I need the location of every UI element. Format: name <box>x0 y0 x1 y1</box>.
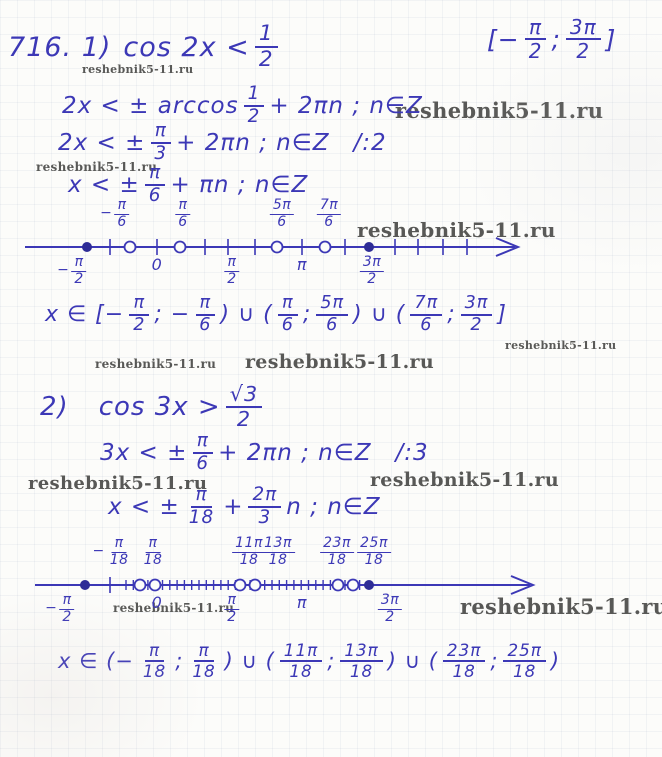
axis-label: 0 <box>152 593 163 612</box>
axis-label: 0 <box>152 255 163 274</box>
fraction-numerator: π <box>225 255 240 272</box>
axis-label: π <box>297 255 307 274</box>
fraction-denominator: 18 <box>266 553 291 569</box>
numberline-2: −π18π1811π1813π1823π1825π18−π20π2π3π2 <box>20 536 565 644</box>
minus-sign: − <box>57 263 69 279</box>
fraction-denominator: 2 <box>224 610 239 626</box>
open-point-5π/6 <box>272 242 283 253</box>
axis-label-fraction: −π6 <box>100 198 130 230</box>
axis-label-fraction: 25π18 <box>357 536 391 568</box>
axis-label-fraction: π2 <box>224 255 239 287</box>
axis-label-fraction: −π18 <box>92 536 131 568</box>
open-point-13π/18 <box>250 580 261 591</box>
fraction-numerator: 23π <box>320 536 354 553</box>
fraction-denominator: 2 <box>224 272 239 288</box>
open-point-7π/6 <box>320 242 331 253</box>
axis-label-fraction: 3π2 <box>360 255 384 287</box>
fraction-numerator: π <box>60 593 75 610</box>
fraction-denominator: 6 <box>175 215 190 231</box>
fraction-denominator: 2 <box>382 610 397 626</box>
open-point-π/6 <box>175 242 186 253</box>
fraction-numerator: π <box>225 593 240 610</box>
fraction-numerator: 25π <box>357 536 391 553</box>
filled-point--π/2 <box>83 243 92 252</box>
fraction-denominator: 18 <box>141 553 166 569</box>
filled-point-3π/2 <box>365 581 374 590</box>
fraction-denominator: 2 <box>364 272 379 288</box>
axis-label-fraction: 13π18 <box>261 536 295 568</box>
fraction-denominator: 2 <box>71 272 86 288</box>
notebook-page: reshebnik5-11.rureshebnik5-11.rureshebni… <box>0 0 662 757</box>
open-point-π/18 <box>150 580 161 591</box>
open-point-23π/18 <box>333 580 344 591</box>
fraction-numerator: 3π <box>360 255 384 272</box>
fraction-denominator: 2 <box>59 610 74 626</box>
axis-label-fraction: 5π6 <box>270 198 294 230</box>
axis-label-fraction: 7π6 <box>317 198 341 230</box>
fraction-numerator: 7π <box>317 198 341 215</box>
axis-label-fraction: 3π2 <box>378 593 402 625</box>
fraction-numerator: π <box>115 198 130 215</box>
filled-point-3π/2 <box>365 243 374 252</box>
fraction-denominator: 6 <box>114 215 129 231</box>
axis-label-fraction: π18 <box>141 536 166 568</box>
axis-label: π <box>297 593 307 612</box>
fraction-denominator: 6 <box>274 215 289 231</box>
fraction-numerator: 3π <box>378 593 402 610</box>
numberline-1: −π6π65π67π6−π20π2π3π2 <box>20 198 545 302</box>
axis-label-fraction: π6 <box>175 198 190 230</box>
axis-label-fraction: π2 <box>224 593 239 625</box>
numberline-layer: −π6π65π67π6−π20π2π3π2−π18π1811π1813π1823… <box>0 0 662 757</box>
minus-sign: − <box>92 544 104 560</box>
fraction-numerator: π <box>112 536 127 553</box>
fraction-numerator: π <box>72 255 87 272</box>
filled-point--π/2 <box>81 581 90 590</box>
fraction-denominator: 18 <box>362 553 387 569</box>
fraction-numerator: 13π <box>261 536 295 553</box>
axis-label-fraction: 23π18 <box>320 536 354 568</box>
axis-label-fraction: −π2 <box>45 593 75 625</box>
fraction-denominator: 18 <box>107 553 132 569</box>
open-point-11π/18 <box>235 580 246 591</box>
open-point--π/18 <box>135 580 146 591</box>
fraction-numerator: π <box>176 198 191 215</box>
open-point-25π/18 <box>348 580 359 591</box>
fraction-denominator: 6 <box>321 215 336 231</box>
axis-label-fraction: −π2 <box>57 255 87 287</box>
fraction-denominator: 18 <box>237 553 262 569</box>
fraction-numerator: 5π <box>270 198 294 215</box>
minus-sign: − <box>45 601 57 617</box>
fraction-denominator: 18 <box>325 553 350 569</box>
fraction-numerator: π <box>146 536 161 553</box>
minus-sign: − <box>100 206 112 222</box>
open-point--π/6 <box>125 242 136 253</box>
